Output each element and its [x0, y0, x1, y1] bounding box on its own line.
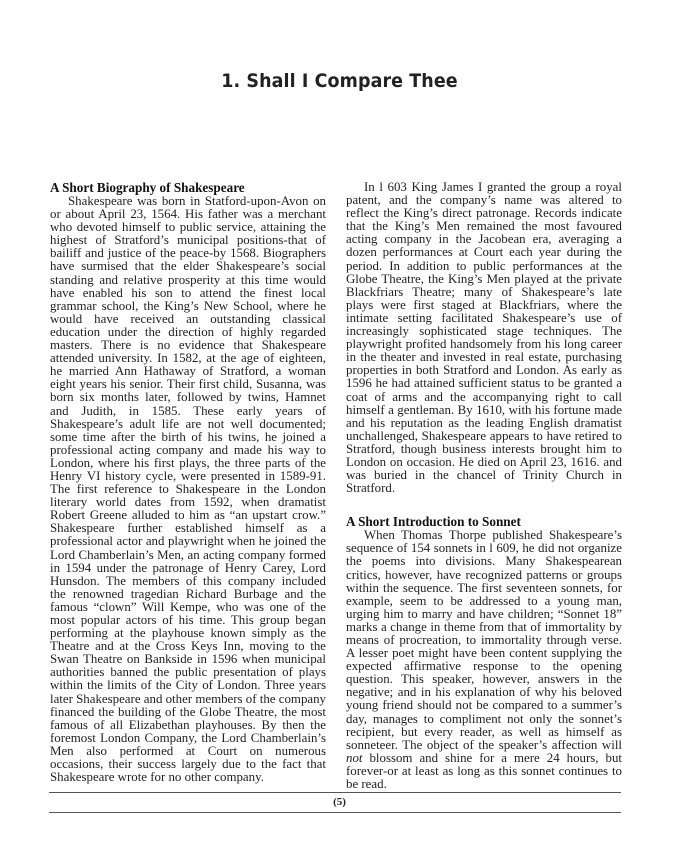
biography-continuation-paragraph: In l 603 King James I granted the group … — [346, 181, 622, 495]
biography-heading: A Short Biography of Shakespeare — [50, 181, 326, 195]
page-number: (5) — [0, 796, 679, 808]
chapter-title: 1. Shall I Compare Thee — [27, 70, 652, 92]
biography-paragraph: Shakespeare was born in Statford-upon-Av… — [50, 195, 326, 784]
sonnet-intro-heading: A Short Introduction to Sonnet — [346, 515, 622, 529]
sonnet-intro-paragraph: When Thomas Thorpe published Shakespeare… — [346, 529, 622, 791]
left-column: A Short Biography of Shakespeare Shakesp… — [50, 181, 326, 784]
sonnet-text-part-1: When Thomas Thorpe published Shakespeare… — [346, 528, 622, 752]
sonnet-italic-emphasis: not — [346, 751, 362, 765]
footer-rule-bottom — [49, 812, 621, 813]
sonnet-text-part-2: blossom and shine for a mere 24 hours, b… — [346, 751, 622, 791]
section-spacer — [346, 495, 622, 515]
right-column: In l 603 King James I granted the group … — [346, 181, 622, 791]
footer-rule-top — [49, 792, 621, 793]
